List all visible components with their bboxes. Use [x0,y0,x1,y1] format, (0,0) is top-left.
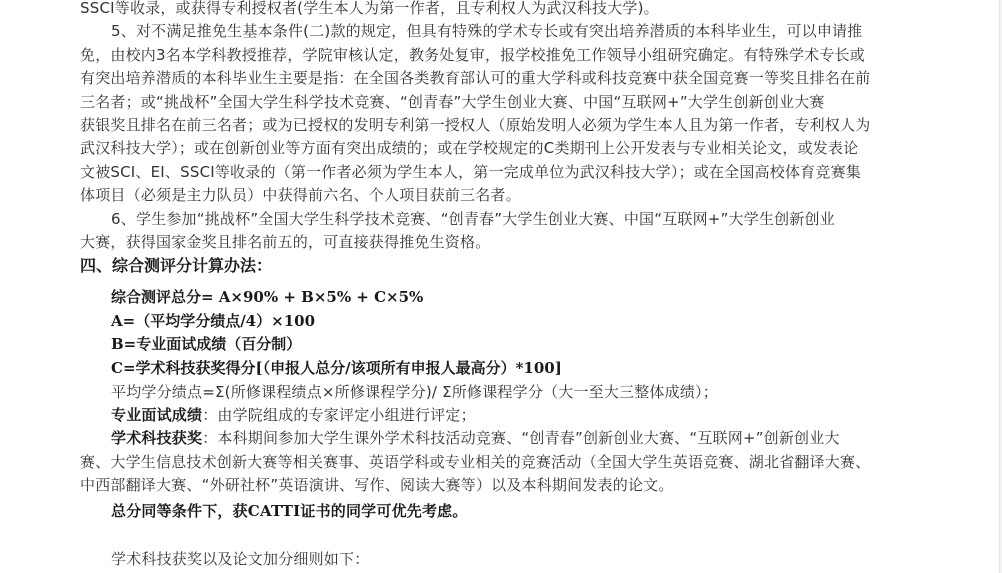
blank-line [80,523,915,545]
awards-text: ：本科期间参加大学生课外学术科技活动竞赛、“创青春”创新创业大赛、“互联网+”创… [202,429,839,447]
paragraph-5-line: 体项目（必须是主力队员）中获得前六名、个人项目获前三名者。 [80,184,915,207]
paragraph-5-line: 有突出培养潜质的本科毕业生主要是指：在全国各类教育部认可的重大学科或科技竞赛中获… [80,67,915,90]
paragraph-5-line: 获银奖且排名在前三名者；或为已授权的发明专利第一授权人（原始发明人必须为学生本人… [80,114,915,137]
paragraph-5-line: 文被SCI、EI、SSCI等收录的（第一作者必须为学生本人，第一完成单位为武汉科… [80,161,915,184]
paragraph-6-line: 6、学生参加“挑战杯”全国大学生科学技术竞赛、“创青春”大学生创业大赛、中国“互… [80,208,915,231]
paragraph-5: 5、对不满足推免生基本条件(二)款的规定，但具有特殊的学术专长或有突出培养潜质的… [80,20,915,207]
document-page: SSCI等收录，或获得专利授权者(学生本人为第一作者，且专利权人为武汉科技大学)… [0,0,1000,573]
formula-block: 综合测评总分= A×90% + B×5% + C×5% A=（平均学分绩点/4）… [80,286,915,380]
paragraph-4-tail: SSCI等收录，或获得专利授权者(学生本人为第一作者，且专利权人为武汉科技大学)… [80,0,915,20]
awards-line: 中西部翻译大赛、“外研社杯”英语演讲、写作、阅读大赛等）以及本科期间发表的论文。 [80,474,915,497]
paragraph-6-line: 大赛，获得国家金奖且排名前五的，可直接获得推免生资格。 [80,231,915,254]
formula-total: 综合测评总分= A×90% + B×5% + C×5% [80,286,915,310]
section-4-heading: 四、综合测评分计算办法： [80,254,915,278]
formula-c: C=学术科技获奖得分[（申报人总分/该项所有申报人最高分）*100] [80,357,915,381]
catti-note: 总分同等条件下，获CATTI证书的同学可优先考虑。 [80,500,915,523]
interview-text: ：由学院组成的专家评定小组进行评定； [202,406,476,424]
formula-a: A=（平均学分绩点/4）×100 [80,310,915,334]
awards-line: 赛、大学生信息技术创新大赛等相关赛事、英语学科或专业相关的竞赛活动（全国大学生英… [80,451,915,474]
awards-label: 学术科技获奖 [111,429,202,447]
formula-b: B=专业面试成绩（百分制） [80,333,915,357]
gpa-definition: 平均学分绩点=Σ(所修课程绩点×所修课程学分)/ Σ所修课程学分（大一至大三整体… [80,381,915,404]
paragraph-5-line: 5、对不满足推免生基本条件(二)款的规定，但具有特殊的学术专长或有突出培养潜质的… [80,20,915,43]
interview-label: 专业面试成绩 [111,406,202,424]
paragraph-5-line: 免，由校内3名本学科教授推荐，学院审核认定，教务处复审，报学校推免工作领导小组研… [80,44,915,67]
paragraph-5-line: 三名者；或“挑战杯”全国大学生科学技术竞赛、“创青春”大学生创业大赛、中国“互联… [80,91,915,114]
paragraph-5-line: 武汉科技大学）；或在创新创业等方面有突出成绩的；或在学校规定的C类期刊上公开发表… [80,137,915,160]
details-intro: 学术科技获奖以及论文加分细则如下： [80,548,915,571]
awards-definition: 学术科技获奖：本科期间参加大学生课外学术科技活动竞赛、“创青春”创新创业大赛、“… [80,427,915,497]
paragraph-6: 6、学生参加“挑战杯”全国大学生科学技术竞赛、“创青春”大学生创业大赛、中国“互… [80,208,915,255]
awards-line: 学术科技获奖：本科期间参加大学生课外学术科技活动竞赛、“创青春”创新创业大赛、“… [80,427,915,450]
interview-definition: 专业面试成绩：由学院组成的专家评定小组进行评定； [80,404,915,427]
document-content: SSCI等收录，或获得专利授权者(学生本人为第一作者，且专利权人为武汉科技大学)… [80,0,915,571]
